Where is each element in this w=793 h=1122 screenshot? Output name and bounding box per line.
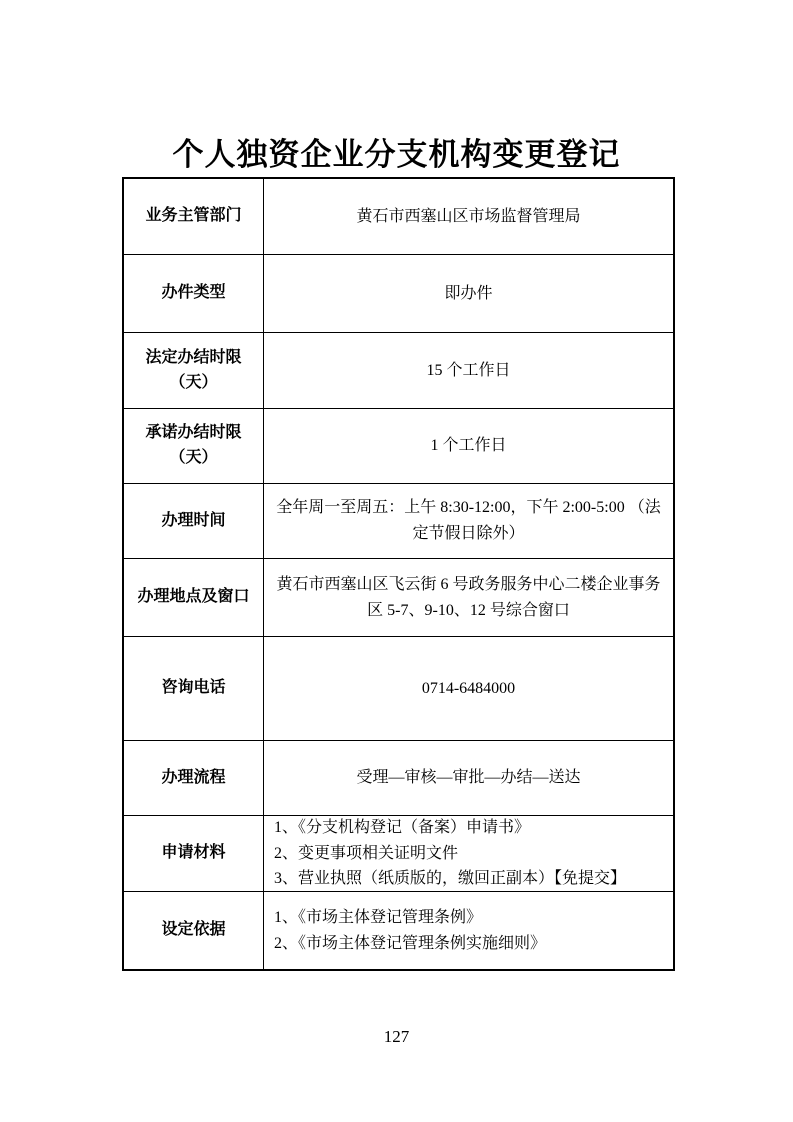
row-value: 全年周一至周五：上午 8:30-12:00，下午 2:00-5:00 （法定节假… bbox=[264, 484, 673, 558]
row-label: 法定办结时限（天） bbox=[124, 333, 264, 408]
row-value: 15 个工作日 bbox=[264, 333, 673, 408]
table-row: 办理流程 受理—审核—审批—办结—送达 bbox=[124, 740, 673, 815]
row-value: 黄石市西塞山区市场监督管理局 bbox=[264, 179, 673, 254]
row-value: 1、《分支机构登记（备案）申请书》 2、变更事项相关证明文件 3、营业执照（纸质… bbox=[264, 816, 673, 891]
page-number: 127 bbox=[0, 1026, 793, 1048]
row-value: 0714-6484000 bbox=[264, 637, 673, 740]
table-row: 办件类型 即办件 bbox=[124, 254, 673, 332]
row-value: 1 个工作日 bbox=[264, 409, 673, 483]
table-row: 申请材料 1、《分支机构登记（备案）申请书》 2、变更事项相关证明文件 3、营业… bbox=[124, 815, 673, 891]
row-label: 办理时间 bbox=[124, 484, 264, 558]
table-row: 承诺办结时限（天） 1 个工作日 bbox=[124, 408, 673, 483]
row-value: 1、《市场主体登记管理条例》 2、《市场主体登记管理条例实施细则》 bbox=[264, 892, 673, 969]
row-label: 设定依据 bbox=[124, 892, 264, 969]
row-label: 申请材料 bbox=[124, 816, 264, 891]
row-value: 即办件 bbox=[264, 255, 673, 332]
table-row: 业务主管部门 黄石市西塞山区市场监督管理局 bbox=[124, 179, 673, 254]
row-label: 业务主管部门 bbox=[124, 179, 264, 254]
row-label: 咨询电话 bbox=[124, 637, 264, 740]
row-value: 受理—审核—审批—办结—送达 bbox=[264, 741, 673, 815]
row-label: 承诺办结时限（天） bbox=[124, 409, 264, 483]
table-row: 设定依据 1、《市场主体登记管理条例》 2、《市场主体登记管理条例实施细则》 bbox=[124, 891, 673, 969]
table-row: 法定办结时限（天） 15 个工作日 bbox=[124, 332, 673, 408]
table-row: 办理地点及窗口 黄石市西塞山区飞云街 6 号政务服务中心二楼企业事务区 5-7、… bbox=[124, 558, 673, 636]
row-label: 办理流程 bbox=[124, 741, 264, 815]
row-label: 办件类型 bbox=[124, 255, 264, 332]
table-row: 咨询电话 0714-6484000 bbox=[124, 636, 673, 740]
page-title: 个人独资企业分支机构变更登记 bbox=[0, 134, 793, 176]
row-value: 黄石市西塞山区飞云街 6 号政务服务中心二楼企业事务区 5-7、9-10、12 … bbox=[264, 559, 673, 636]
row-label: 办理地点及窗口 bbox=[124, 559, 264, 636]
table-row: 办理时间 全年周一至周五：上午 8:30-12:00，下午 2:00-5:00 … bbox=[124, 483, 673, 558]
service-info-table: 业务主管部门 黄石市西塞山区市场监督管理局 办件类型 即办件 法定办结时限（天）… bbox=[122, 177, 675, 971]
